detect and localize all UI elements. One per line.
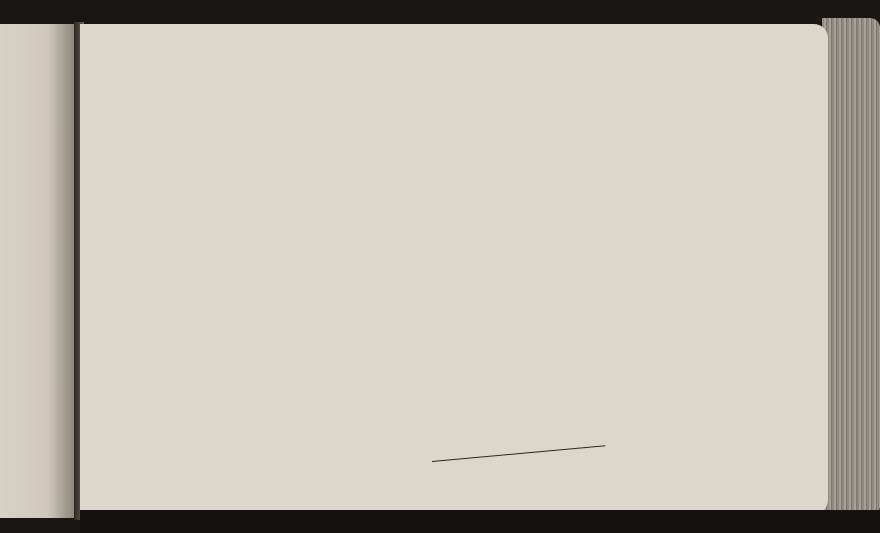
page-title: [286, 62, 304, 82]
page-edges: [822, 18, 880, 516]
ledger-page: [80, 24, 828, 514]
left-page: [0, 24, 80, 518]
book-bottom-edge: [80, 510, 880, 533]
